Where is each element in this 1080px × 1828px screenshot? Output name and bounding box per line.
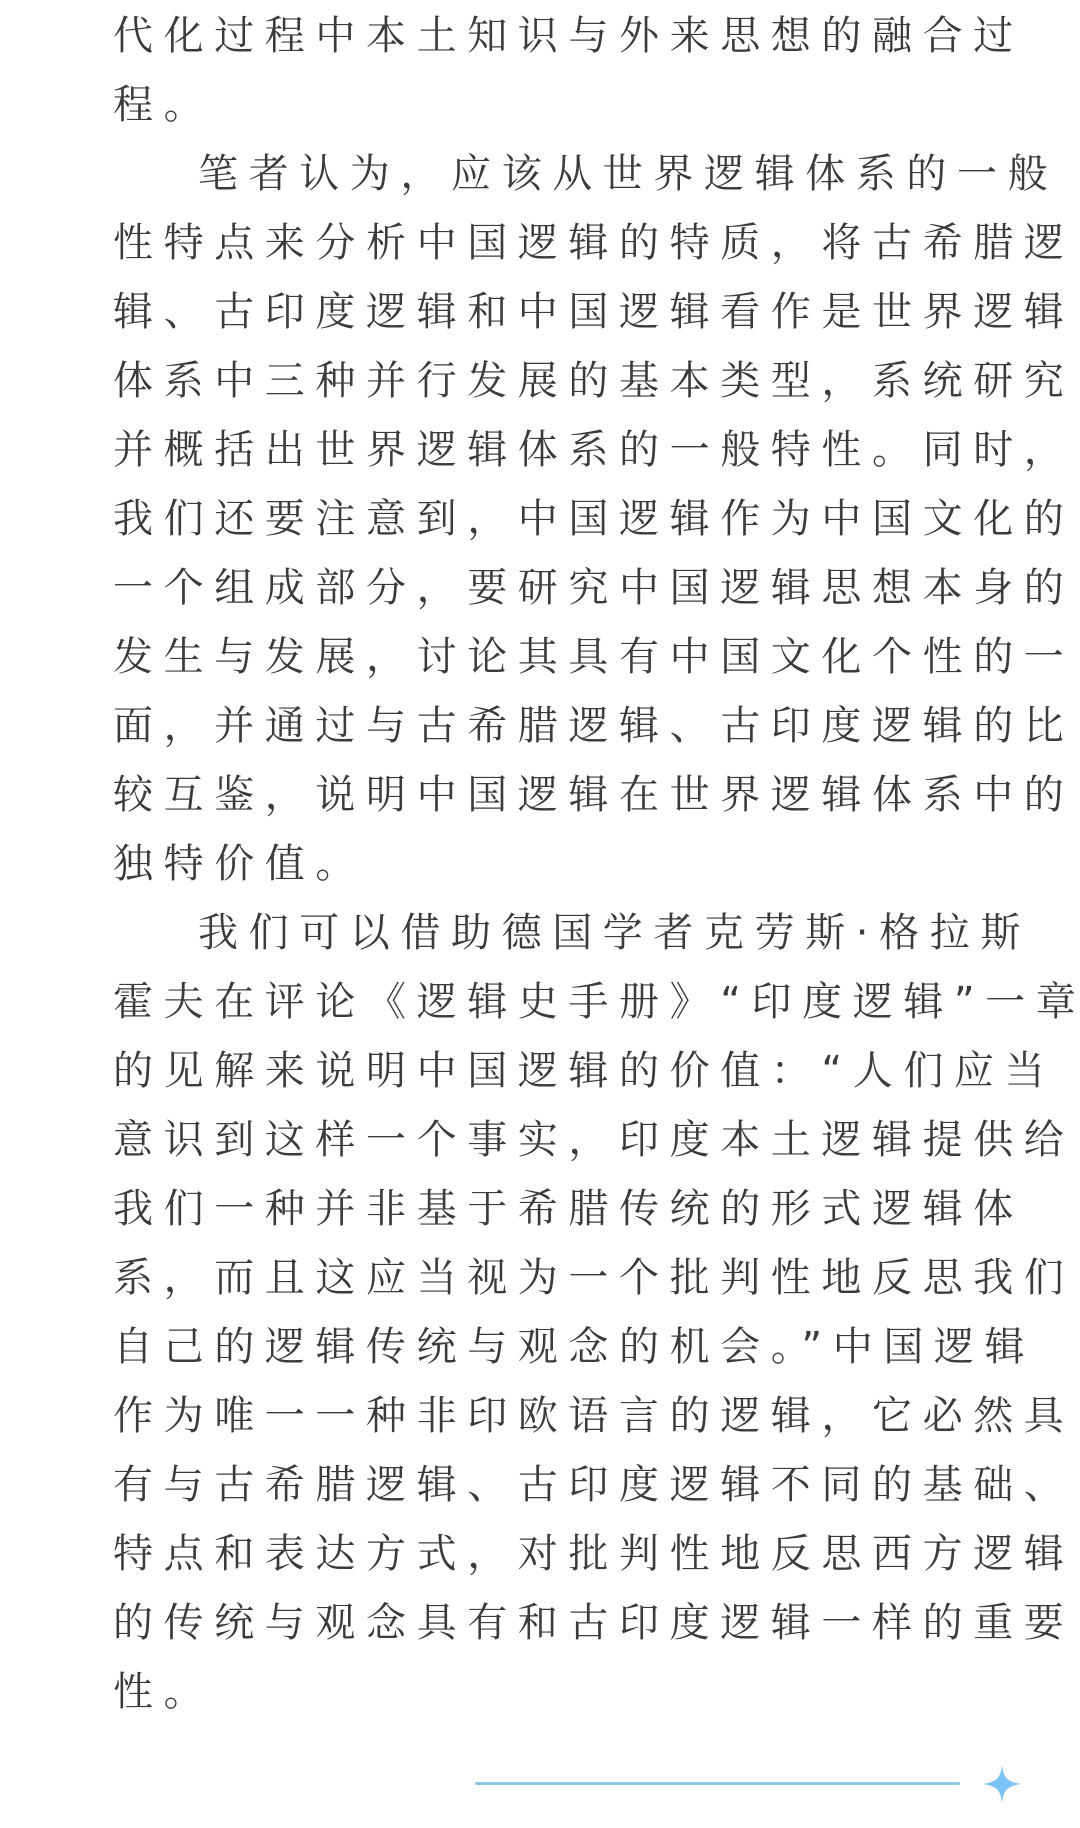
text-line: 我们一种并非基于希腊传统的形式逻辑体: [113, 1175, 993, 1244]
text-line: 代化过程中本土知识与外来思想的融合过: [113, 2, 993, 71]
sparkle-star-icon: [982, 1764, 1022, 1804]
text-line: 作为唯一一种非印欧语言的逻辑，它必然具: [113, 1382, 993, 1451]
text-line: 性。: [113, 1658, 993, 1727]
text-line: 独特价值。: [113, 830, 993, 899]
text-line: 我们还要注意到，中国逻辑作为中国文化的: [113, 485, 993, 554]
text-line: 较互鉴，说明中国逻辑在世界逻辑体系中的: [113, 761, 993, 830]
text-line: 性特点来分析中国逻辑的特质，将古希腊逻: [113, 209, 993, 278]
paragraph-2: 笔者认为，应该从世界逻辑体系的一般 性特点来分析中国逻辑的特质，将古希腊逻 辑、…: [113, 140, 993, 899]
text-line: 体系中三种并行发展的基本类型，系统研究: [113, 347, 993, 416]
text-line: 一个组成部分，要研究中国逻辑思想本身的: [113, 554, 993, 623]
text-line: 程。: [113, 71, 993, 140]
text-line: 的传统与观念具有和古印度逻辑一样的重要: [113, 1589, 993, 1658]
text-line: 意识到这样一个事实，印度本土逻辑提供给: [113, 1106, 993, 1175]
text-line-first: 我们可以借助德国学者克劳斯·格拉斯: [113, 899, 993, 968]
paragraph-1: 代化过程中本土知识与外来思想的融合过 程。: [113, 2, 993, 140]
paragraph-3: 我们可以借助德国学者克劳斯·格拉斯 霍夫在评论《逻辑史手册》“印度逻辑”一章 的…: [113, 899, 993, 1727]
article-body: 代化过程中本土知识与外来思想的融合过 程。 笔者认为，应该从世界逻辑体系的一般 …: [113, 2, 993, 1727]
text-line-first: 笔者认为，应该从世界逻辑体系的一般: [113, 140, 993, 209]
text-line: 辑、古印度逻辑和中国逻辑看作是世界逻辑: [113, 278, 993, 347]
text-line: 的见解来说明中国逻辑的价值：“人们应当: [113, 1037, 993, 1106]
text-line: 特点和表达方式，对批判性地反思西方逻辑: [113, 1520, 993, 1589]
divider-line: [475, 1782, 960, 1785]
text-line: 发生与发展，讨论其具有中国文化个性的一: [113, 623, 993, 692]
text-line: 并概括出世界逻辑体系的一般特性。同时，: [113, 416, 993, 485]
text-line: 系，而且这应当视为一个批判性地反思我们: [113, 1244, 993, 1313]
text-line: 自己的逻辑传统与观念的机会。”中国逻辑: [113, 1313, 993, 1382]
text-line: 有与古希腊逻辑、古印度逻辑不同的基础、: [113, 1451, 993, 1520]
text-line: 霍夫在评论《逻辑史手册》“印度逻辑”一章: [113, 968, 993, 1037]
text-line: 面，并通过与古希腊逻辑、古印度逻辑的比: [113, 692, 993, 761]
